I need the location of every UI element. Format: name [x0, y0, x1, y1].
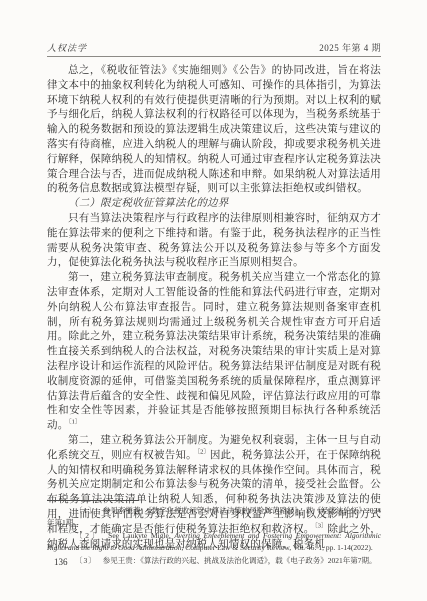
footnote: 〔3〕参见王贵：《算法行政的兴起、挑战及法治化调适》，载《电子政务》2021年第…: [47, 555, 381, 567]
footnote-marker: 〔3〕: [75, 556, 97, 565]
header-rule: [47, 56, 381, 57]
journal-title: 人权法学: [47, 41, 87, 54]
running-header: 人权法学 2025 年第 4 期: [47, 41, 381, 54]
footnote-marker: 〔1〕: [75, 506, 97, 515]
paragraph: 第一，建立税务算法审查制度。税务机关应当建立一个常态化的算法审查体系，定期对人工…: [47, 271, 381, 434]
footnote: 〔1〕参见李槇茜：《数字化税收征管中算法决策的风险防范路径》，载《经济法论坛》2…: [47, 505, 381, 530]
section-heading: （二）限定税收征管算法化的边界: [47, 197, 381, 212]
footnote-ref: 〔2〕: [197, 448, 210, 455]
article-body: 总之，《税收征管法》《实施细则》《公告》的协同改进，旨在将法律文本中的抽象权利转…: [47, 64, 381, 552]
footnotes-section: 〔1〕参见李槇茜：《数字化税收征管中算法决策的风险防范路径》，载《经济法论坛》2…: [47, 505, 381, 567]
paragraph: 总之，《税收征管法》《实施细则》《公告》的协同改进，旨在将法律文本中的抽象权利转…: [47, 64, 381, 197]
document-page: 人权法学 2025 年第 4 期 总之，《税收征管法》《实施细则》《公告》的协同…: [0, 0, 427, 601]
footnote-ref: 〔1〕: [68, 419, 81, 426]
footnote-separator: [47, 500, 139, 501]
issue-label: 2025 年第 4 期: [319, 41, 381, 54]
footnote-marker: 〔2〕: [75, 531, 102, 540]
footnote: 〔2〕See Laukyte Migle, Averting Enfeeblem…: [47, 530, 381, 555]
paragraph: 只有当算法决策程序与行政程序的法律原则相兼容时，征纳双方才能在算法带来的便利之下…: [47, 212, 381, 271]
page-number: 136: [54, 557, 68, 567]
